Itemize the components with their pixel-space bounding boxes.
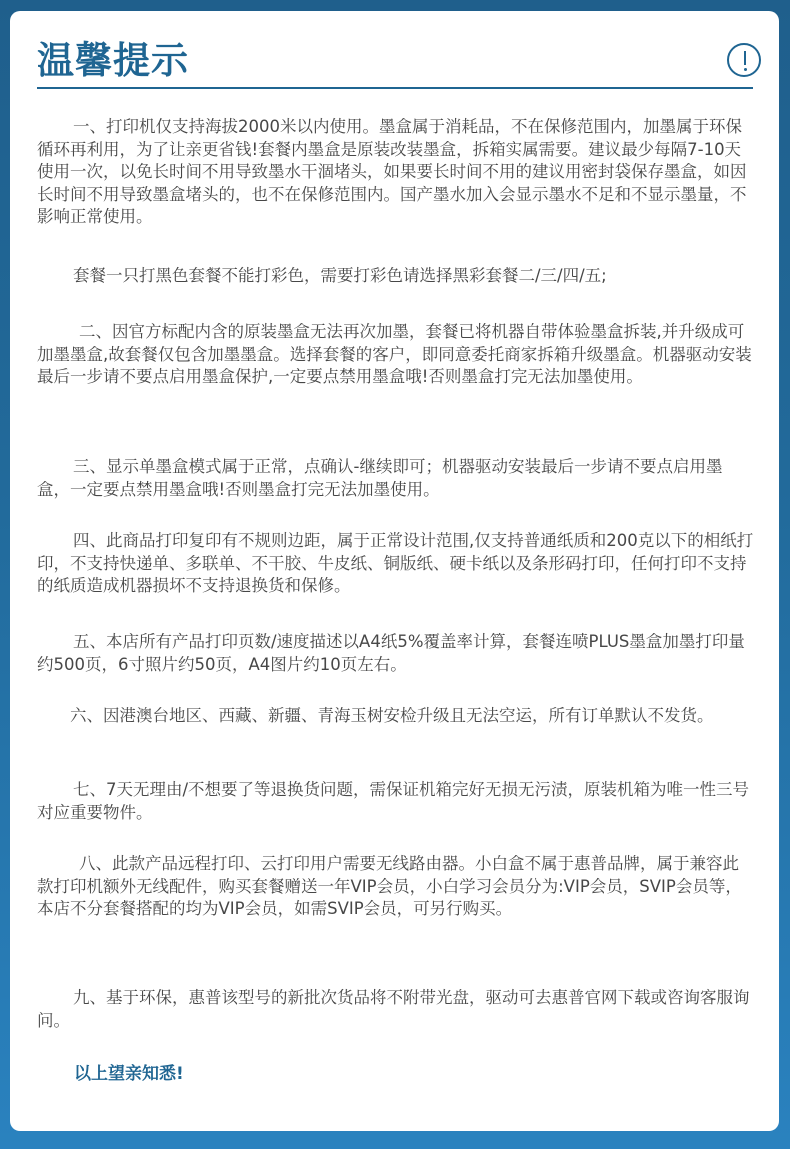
notice-paragraph-2: 套餐一只打黑色套餐不能打彩色，需要打彩色请选择黑彩套餐二/三/四/五; — [37, 265, 755, 288]
notice-paragraph-1: 一、打印机仅支持海拔2000米以内使用。墨盒属于消耗品，不在保修范围内，加墨属于… — [37, 116, 755, 229]
notice-card: 温馨提示 一、打印机仅支持海拔2000米以内使用。墨盒属于消耗品，不在保修范围内… — [10, 11, 779, 1131]
page-title: 温馨提示 — [37, 39, 189, 83]
notice-paragraph-8: 七、7天无理由/不想要了等退换货问题，需保证机箱完好无损无污渍，原装机箱为唯一性… — [37, 779, 755, 824]
alert-circle-icon — [727, 43, 761, 77]
notice-paragraph-5: 四、此商品打印复印有不规则边距，属于正常设计范围,仅支持普通纸质和200克以下的… — [37, 530, 755, 598]
notice-paragraph-9: 八、此款产品远程打印、云打印用户需要无线路由器。小白盒不属于惠普品牌，属于兼容此… — [37, 853, 755, 921]
notice-header: 温馨提示 — [37, 33, 753, 89]
notice-paragraph-3: 二、因官方标配内含的原装墨盒无法再次加墨，套餐已将机器自带体验墨盒拆装,并升级成… — [37, 321, 755, 389]
notice-paragraph-10: 九、基于环保，惠普该型号的新批次货品将不附带光盘，驱动可去惠普官网下载或咨询客服… — [37, 987, 755, 1032]
alert-icon-bar — [744, 51, 746, 65]
notice-paragraph-7: 六、因港澳台地区、西藏、新疆、青海玉树安检升级且无法空运，所有订单默认不发货。 — [37, 705, 755, 728]
alert-icon-dot — [744, 68, 747, 71]
notice-paragraph-6: 五、本店所有产品打印页数/速度描述以A4纸5%覆盖率计算，套餐连喷PLUS墨盒加… — [37, 631, 755, 676]
closing-note: 以上望亲知悉! — [74, 1062, 184, 1086]
notice-paragraph-4: 三、显示单墨盒模式属于正常，点确认-继续即可；机器驱动安装最后一步请不要点启用墨… — [37, 456, 755, 501]
